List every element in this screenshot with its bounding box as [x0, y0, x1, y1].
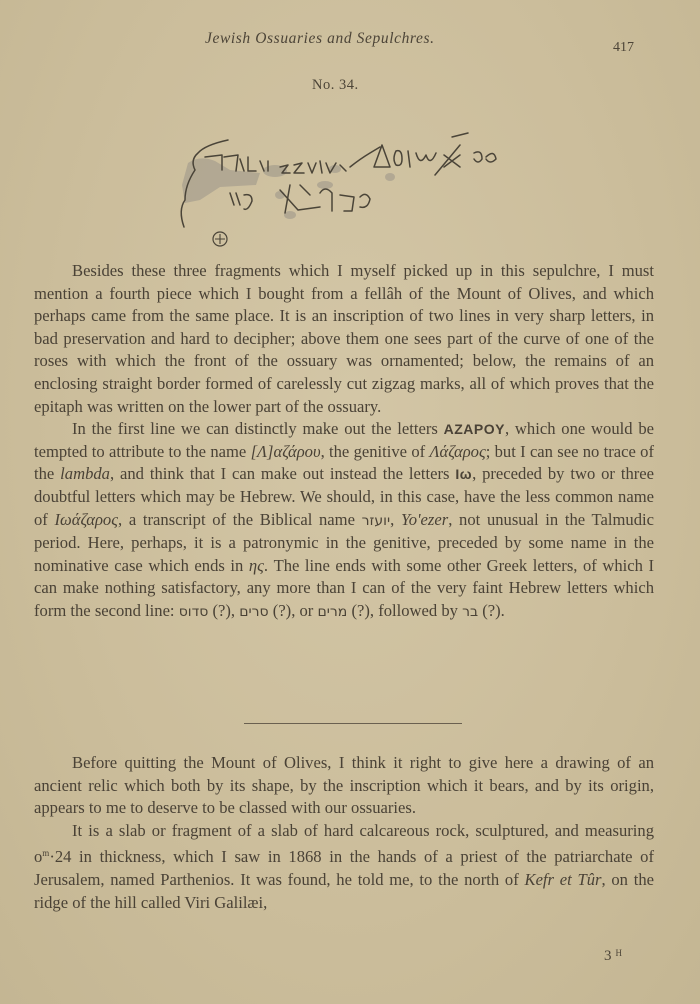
text-run: (?), or	[269, 601, 318, 620]
running-title: Jewish Ossuaries and Sepulchres.	[205, 30, 435, 48]
text-run: In the first line we can distinctly make…	[72, 419, 444, 438]
hebrew-yoezer: יועזר	[362, 513, 390, 529]
name-yoezer: Yo'ezer	[401, 510, 448, 529]
text-run: , a transcript of the Biblical name	[118, 510, 362, 529]
signature-number: 3	[604, 948, 612, 964]
greek-letters-io: Iω	[455, 466, 472, 482]
text-run: (?).	[478, 601, 505, 620]
hebrew-reading-4: בר	[462, 604, 478, 620]
figure-label: No. 34.	[312, 77, 359, 94]
inscription-facsimile	[160, 115, 520, 255]
paragraph-slab: It is a slab or fragment of a slab of ha…	[34, 820, 654, 914]
hebrew-reading-1: סדוס	[179, 604, 209, 620]
text-run: , and think that I can make out instead …	[110, 464, 455, 483]
text-run: , the genitive of	[321, 442, 430, 461]
signature-mark: 3H	[604, 948, 622, 965]
greek-letters-azapoy: AZAPOY	[444, 421, 505, 437]
section-divider	[244, 723, 462, 724]
page-number: 417	[613, 40, 634, 56]
hebrew-reading-3: מרים	[317, 604, 347, 620]
text-run: (?),	[208, 601, 239, 620]
hebrew-reading-2: סרים	[239, 604, 268, 620]
book-page: Jewish Ossuaries and Sepulchres. 417 No.…	[0, 0, 700, 1004]
paragraph-ancient-relic: Before quitting the Mount of Olives, I t…	[34, 752, 654, 820]
text-block-upper: Besides these three fragments which I my…	[34, 260, 654, 624]
text-block-lower: Before quitting the Mount of Olives, I t…	[34, 752, 654, 914]
greek-name-lazarou: [Λ]αζάρου	[251, 442, 321, 461]
signature-letter: H	[616, 948, 623, 958]
paragraph-fourth-piece: Besides these three fragments which I my…	[34, 260, 654, 418]
greek-ending-es: ης	[249, 556, 264, 575]
greek-name-iozaros: Ιωάζαρος	[55, 510, 118, 529]
text-run: (?), followed by	[347, 601, 462, 620]
text-run: ,	[390, 510, 401, 529]
greek-name-lazaros: Λάζαρος	[429, 442, 485, 461]
paragraph-first-line-reading: In the first line we can distinctly make…	[34, 418, 654, 623]
word-lambda: lambda	[60, 464, 110, 483]
place-kefr-et-tur: Kefr et Tûr	[525, 870, 602, 889]
